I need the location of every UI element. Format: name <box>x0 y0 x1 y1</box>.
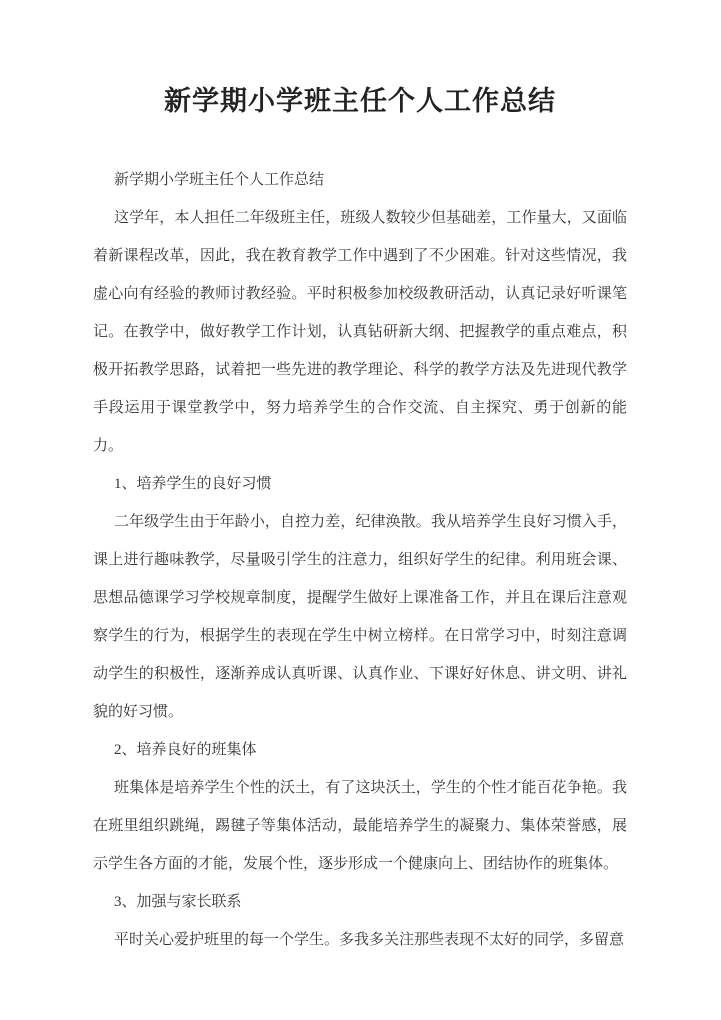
paragraph-section-3-truncated: 平时关心爱护班里的每一个学生。多我多关注那些表现不太好的同学，多留意 <box>93 921 627 959</box>
paragraph-section-2: 班集体是培养学生个性的沃土，有了这块沃土，学生的个性才能百花争艳。我在班里组织跳… <box>93 769 627 883</box>
paragraph-overview: 这学年，本人担任二年级班主任，班级人数较少但基础差，工作量大，又面临着新课程改革… <box>93 199 627 465</box>
section-heading-1: 1、培养学生的良好习惯 <box>93 465 627 503</box>
document-body: 新学期小学班主任个人工作总结 这学年，本人担任二年级班主任，班级人数较少但基础差… <box>93 161 627 959</box>
intro-line: 新学期小学班主任个人工作总结 <box>93 161 627 199</box>
section-heading-3: 3、加强与家长联系 <box>93 883 627 921</box>
document-title: 新学期小学班主任个人工作总结 <box>93 82 627 120</box>
paragraph-section-1: 二年级学生由于年龄小，自控力差，纪律涣散。我从培养学生良好习惯入手，课上进行趣味… <box>93 503 627 731</box>
document-page: 新学期小学班主任个人工作总结 新学期小学班主任个人工作总结 这学年，本人担任二年… <box>0 0 721 1020</box>
section-heading-2: 2、培养良好的班集体 <box>93 731 627 769</box>
